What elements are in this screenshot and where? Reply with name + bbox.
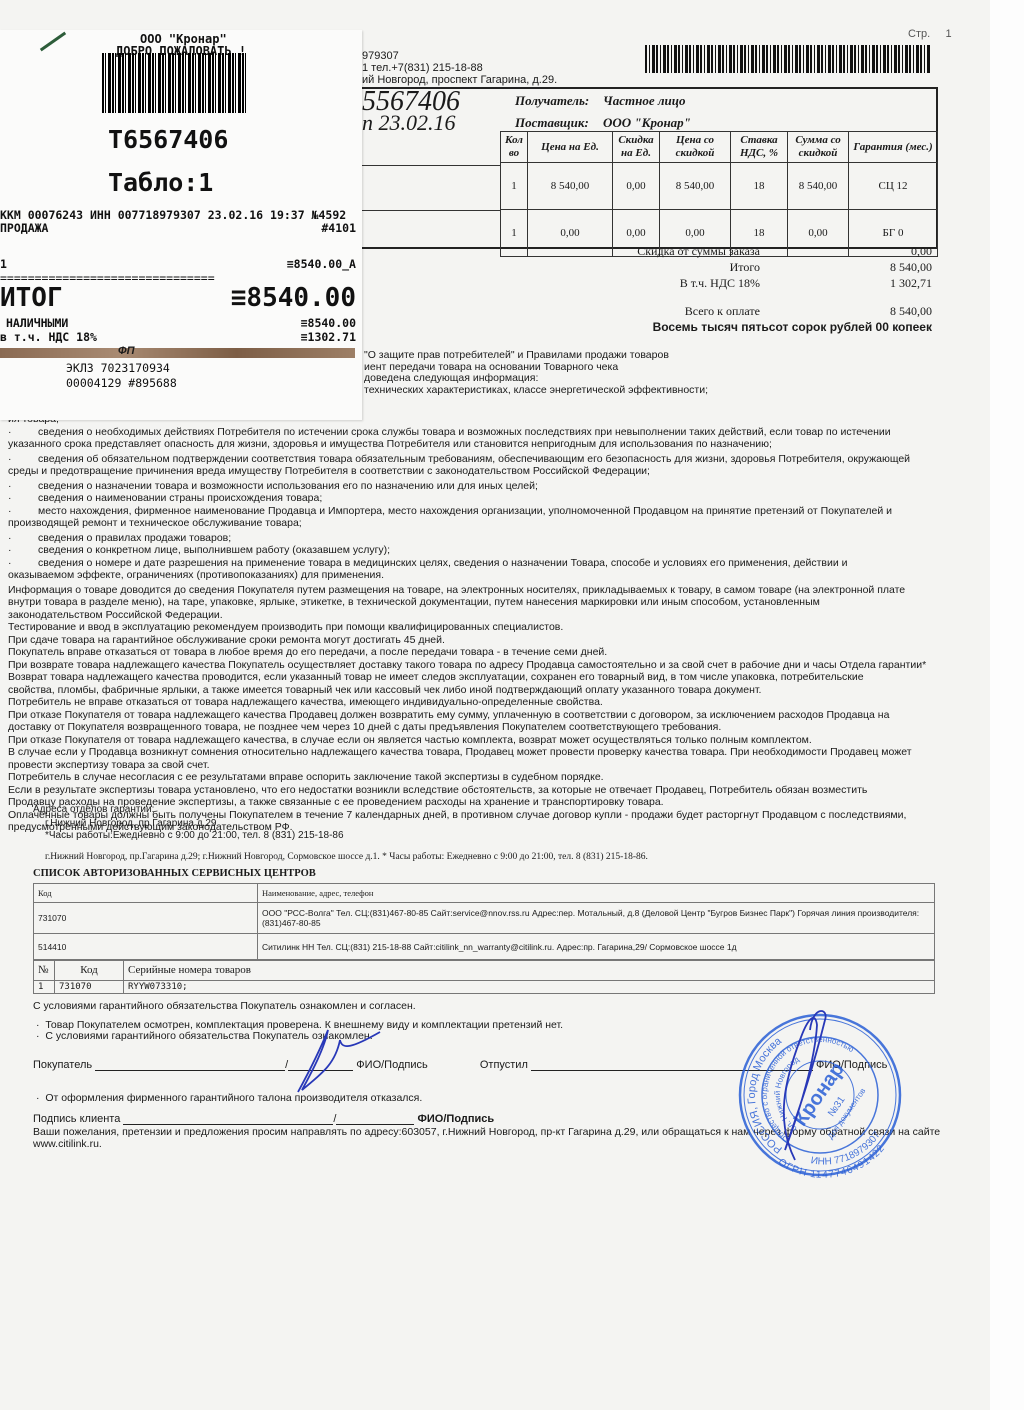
- terms-paragraph: место нахождения, фирменное наименование…: [8, 506, 926, 518]
- service-centers-table: Код Наименование, адрес, телефон 731070 …: [33, 883, 935, 961]
- table-row: 514410 Ситилинк НН Тел. СЦ:(831) 215-18-…: [34, 934, 935, 961]
- table-row: 1 8 540,00 0,00 8 540,00 18 8 540,00 СЦ …: [501, 163, 938, 210]
- totals-row-vat: В т.ч. НДС 18%1 302,71: [560, 276, 932, 292]
- table-row: 1 731070 RYYW073310;: [34, 981, 935, 994]
- col-warranty: Гарантия (мес.): [849, 132, 938, 163]
- buyer-label: Покупатель: [33, 1059, 92, 1071]
- terms-paragraph: В случае если у Продавца возникнут сомне…: [8, 747, 926, 759]
- table-header: Код Наименование, адрес, телефон: [34, 884, 935, 903]
- cell: 18: [731, 163, 788, 210]
- totals-row-discount: Скидка от суммы заказа0,00: [560, 244, 932, 260]
- terms-paragraph: доставку от Покупателя возвращенного тов…: [8, 722, 926, 734]
- terms-body: ия товара;сведения о необходимых действи…: [8, 414, 926, 835]
- cash-receipt: ООО "Кронар" ДОБРО ПОЖАЛОВАТЬ ! Т6567406…: [0, 30, 362, 420]
- receipt-eklz: ЭКЛЗ 7023170934: [66, 361, 170, 375]
- col-no: №: [34, 960, 55, 981]
- intro-line: технических характеристиках, классе энер…: [364, 385, 708, 397]
- col-vat-rate: Ставка НДС, %: [731, 132, 788, 163]
- terms-paragraph: указанного срока представляет опасность …: [8, 439, 926, 451]
- receipt-barcode: [102, 53, 247, 113]
- cell: 1: [501, 163, 528, 210]
- terms-paragraph: Потребитель в случае несогласия с ее рез…: [8, 772, 926, 784]
- fio-sign-label: ФИО/Подпись: [418, 1113, 495, 1125]
- buyer-signature-scribble: [280, 1020, 390, 1100]
- receipt-sale-num: #4101: [321, 221, 356, 235]
- serials-table: № Код Серийные номера товаров 1 731070 R…: [33, 959, 935, 994]
- terms-paragraph: сведения о номере и дате разрешения на п…: [8, 558, 926, 570]
- items-table: Кол во Цена на Ед. Скидка на Ед. Цена со…: [500, 131, 938, 257]
- receipt-vat-label: в т.ч. НДС 18%: [0, 330, 97, 344]
- terms-paragraph: свойства, пломбы, фабричные ярлыки, а та…: [8, 685, 926, 697]
- totals-row-total: Итого8 540,00: [560, 260, 932, 276]
- client-sign-label: Подпись клиента: [33, 1113, 120, 1125]
- totals-label: В т.ч. НДС 18%: [560, 276, 760, 292]
- cell: 1: [34, 981, 55, 994]
- site-link[interactable]: www.citilink.ru.: [33, 1138, 102, 1150]
- table-row: 731070 ООО "РСС-Волга" Тел. СЦ:(831)467-…: [34, 903, 935, 934]
- terms-paragraph: Возврат товара надлежащего качества пров…: [8, 672, 926, 684]
- totals-label: Всего к оплате: [560, 304, 760, 320]
- col-name: Наименование, адрес, телефон: [258, 884, 935, 903]
- client-sign-field[interactable]: [336, 1112, 414, 1125]
- terms-paragraph: При возврате товара надлежащего качества…: [8, 660, 926, 672]
- totals-block: Скидка от суммы заказа0,00 Итого8 540,00…: [560, 244, 932, 320]
- intro-text: "О защите прав потребителей" и Правилами…: [364, 350, 708, 396]
- col-qty: Кол во: [501, 132, 528, 163]
- col-discount: Скидка на Ед.: [613, 132, 660, 163]
- receipt-fp: ФП: [118, 345, 135, 357]
- page-label: Стр. 1: [908, 28, 952, 41]
- totals-value: 8 540,00: [890, 304, 932, 320]
- cell: ООО "РСС-Волга" Тел. СЦ:(831)467-80-85 С…: [258, 903, 935, 934]
- document-date: п 23.02.16: [362, 110, 456, 136]
- intro-line: "О защите прав потребителей" и Правилами…: [364, 350, 708, 362]
- service-centers-title: СПИСОК АВТОРИЗОВАННЫХ СЕРВИСНЫХ ЦЕНТРОВ: [33, 868, 316, 880]
- terms-paragraph: Тестирование и ввод в эксплуатацию реком…: [8, 622, 926, 634]
- cell: 8 540,00: [660, 163, 731, 210]
- cell: 8 540,00: [788, 163, 849, 210]
- receipt-eklz-num: 00004129 #895688: [66, 376, 177, 390]
- receipt-cash-value: ≡8540.00: [301, 316, 356, 330]
- receipt-total-value: ≡8540.00: [231, 283, 356, 313]
- amount-in-words: Восемь тысяч пятьсот сорок рублей 00 коп…: [653, 320, 932, 334]
- cell: 1: [501, 210, 528, 257]
- col-price: Цена на Ед.: [528, 132, 613, 163]
- receipt-total-label: ИТОГ: [0, 283, 63, 313]
- cell: СЦ 12: [849, 163, 938, 210]
- supplier-value: ООО "Кронар": [603, 115, 691, 131]
- cell: 731070: [34, 903, 258, 934]
- totals-label: Итого: [560, 260, 760, 276]
- cell: Ситилинк НН Тел. СЦ:(831) 215-18-88 Сайт…: [258, 934, 935, 961]
- receipt-vat-value: ≡1302.71: [301, 330, 356, 344]
- terms-paragraph: Если в результате экспертизы товара уста…: [8, 785, 926, 797]
- col-discounted-sum: Сумма со скидкой: [788, 132, 849, 163]
- warranty-address-1: г.Нижний Новгород, пр.Гагарина д.29: [45, 818, 216, 830]
- recipient-value: Частное лицо: [603, 93, 685, 109]
- client-signature-line: Подпись клиента / ФИО/Подпись: [33, 1112, 494, 1125]
- totals-value: 8 540,00: [890, 260, 932, 276]
- table-header: № Код Серийные номера товаров: [34, 960, 935, 981]
- supplier-label: Поставщик:: [515, 115, 589, 131]
- totals-value: 0,00: [911, 244, 932, 260]
- receipt-cash-label: НАЛИЧНЫМИ: [6, 316, 68, 330]
- terms-paragraph: сведения о правилах продажи товаров;: [8, 533, 926, 545]
- terms-paragraph: сведения об обязательном подтверждении с…: [8, 454, 926, 466]
- cell: 8 540,00: [528, 163, 613, 210]
- col-discounted-price: Цена со скидкой: [660, 132, 731, 163]
- intro-line: доведена следующая информация:: [364, 373, 708, 385]
- terms-paragraph: При отказе Покупателя от товара надлежащ…: [8, 710, 926, 722]
- terms-paragraph: сведения о наименовании страны происхожд…: [8, 493, 926, 505]
- seller-signature-scribble: [755, 1000, 835, 1170]
- totals-value: 1 302,71: [890, 276, 932, 292]
- terms-paragraph: Потребитель не вправе отказаться от това…: [8, 697, 926, 709]
- released-label: Отпустил: [480, 1059, 528, 1071]
- warranty-hours: *Часы работы:Ежедневно с 9:00 до 21:00, …: [45, 830, 344, 842]
- client-name-field[interactable]: [123, 1112, 333, 1125]
- items-table-header: Кол во Цена на Ед. Скидка на Ед. Цена со…: [501, 132, 938, 163]
- terms-paragraph: внутри товара в разделе меню), на таре, …: [8, 597, 926, 609]
- receipt-order-code: Т6567406: [108, 125, 228, 154]
- cell: RYYW073310;: [124, 981, 935, 994]
- terms-paragraph: Информация о товаре доводится до сведени…: [8, 585, 926, 597]
- recipient-label: Получатель:: [515, 93, 589, 109]
- agreement-agreed: С условиями гарантийного обязательства П…: [33, 1000, 416, 1012]
- terms-paragraph: сведения о конкретном лице, выполнившем …: [8, 545, 926, 557]
- col-code: Код: [34, 884, 258, 903]
- terms-paragraph: провести экспертизу товара за свой счет.: [8, 760, 926, 772]
- warranty-addresses-title: Адреса отделов гарантии:: [33, 804, 154, 816]
- scan-edge: [990, 0, 1024, 1410]
- terms-paragraph: Покупатель вправе отказаться от товара в…: [8, 647, 926, 659]
- terms-paragraph: сведения о необходимых действиях Потреби…: [8, 427, 926, 439]
- terms-paragraph: сведения о назначении товара и возможнос…: [8, 481, 926, 493]
- row-divider: [340, 210, 500, 211]
- totals-label: Скидка от суммы заказа: [560, 244, 760, 260]
- terms-paragraph: При отказе Покупателя от товара надлежащ…: [8, 735, 926, 747]
- receipt-tablo: Табло:1: [108, 168, 213, 197]
- terms-paragraph: среды и предотвращение причинения вреда …: [8, 466, 926, 478]
- receipt-item-sum: ≡8540.00_А: [287, 257, 356, 271]
- totals-row-payable: Всего к оплате8 540,00: [560, 304, 932, 320]
- terms-paragraph: законодательством Российской Федерации.: [8, 610, 926, 622]
- row-divider: [340, 165, 500, 166]
- cell: 0,00: [613, 163, 660, 210]
- terms-paragraph: При сдаче товара на гарантийное обслужив…: [8, 635, 926, 647]
- receipt-fp-band: [0, 348, 355, 358]
- cell: 514410: [34, 934, 258, 961]
- cell: 731070: [55, 981, 124, 994]
- col-code: Код: [55, 960, 124, 981]
- col-serials: Серийные номера товаров: [124, 960, 935, 981]
- receipt-kkm-line: ККМ 00076243 ИНН 007718979307 23.02.16 1…: [0, 208, 346, 222]
- receipt-item-qty: 1: [0, 257, 7, 271]
- receipt-sale-label: ПРОДАЖА: [0, 221, 48, 235]
- terms-paragraph: производящей ремонт и техническое обслуж…: [8, 518, 926, 530]
- warranty-address-2: г.Нижний Новгород, пр.Гагарина д.29; г.Н…: [45, 851, 648, 863]
- terms-paragraph: оказываемом эффекте, ограничениях (проти…: [8, 570, 926, 582]
- invoice-barcode: [645, 45, 930, 73]
- buyer-name-field[interactable]: [95, 1058, 285, 1071]
